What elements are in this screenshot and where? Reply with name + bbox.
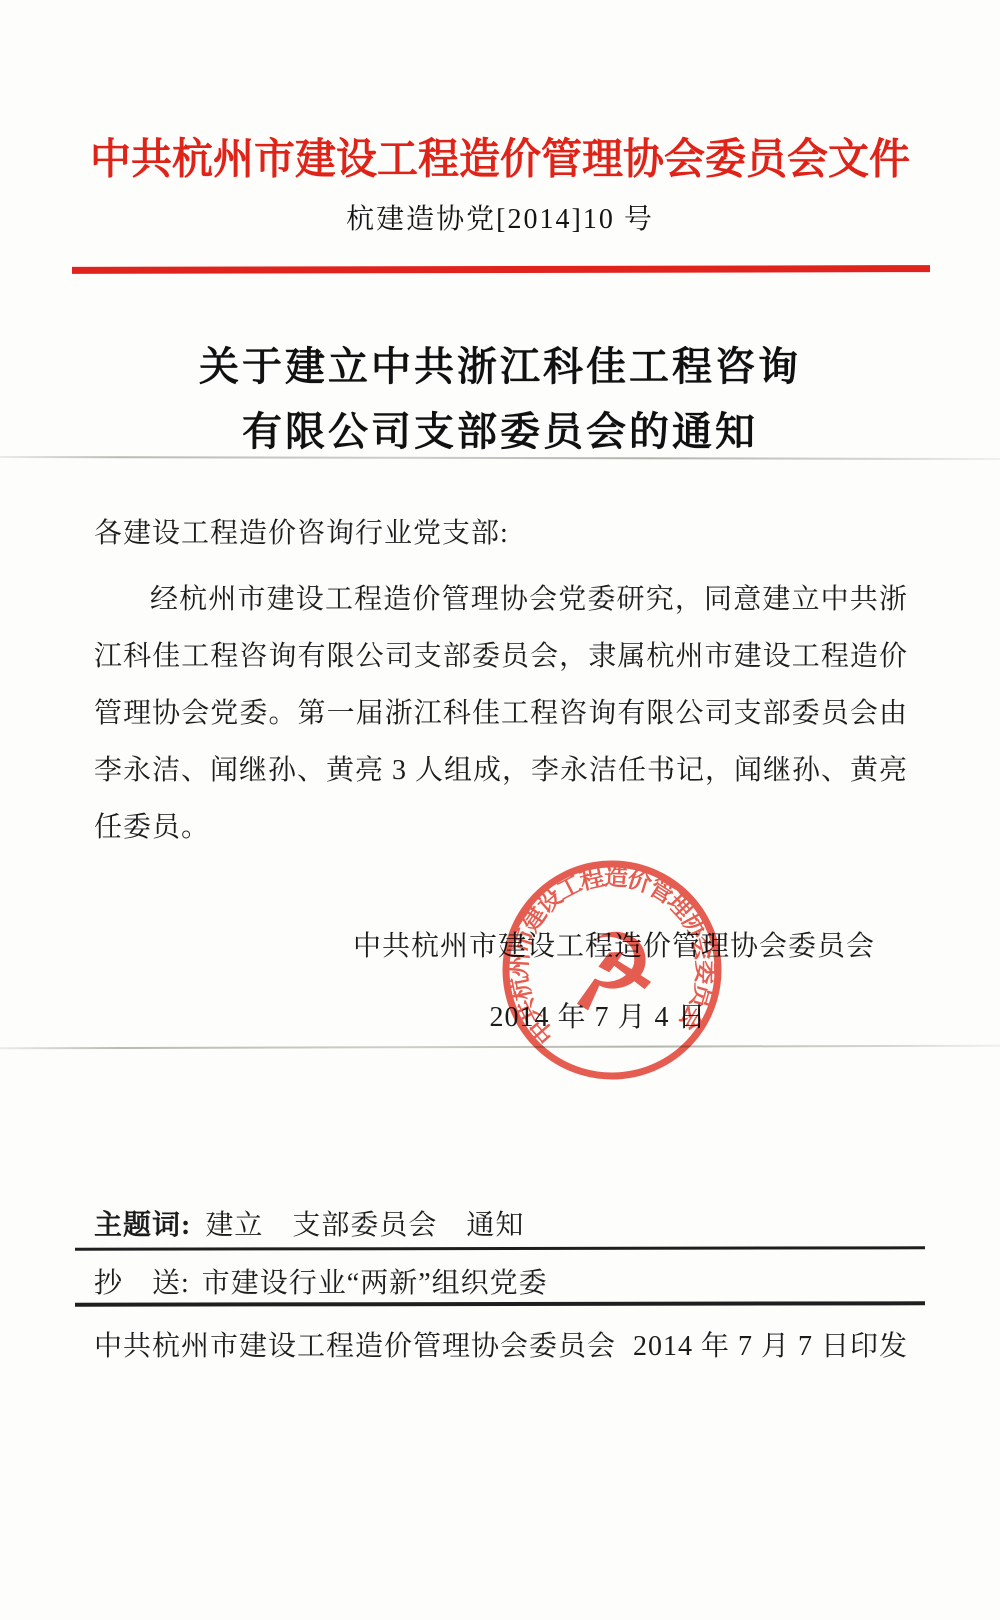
hammer-and-sickle-icon: ☭ bbox=[560, 907, 664, 1037]
subject-keywords-row: 主题词:建立 支部委员会 通知 bbox=[94, 1203, 908, 1243]
issue-row: 中共杭州市建设工程造价管理协会委员会 2014 年 7 月 7 日印发 bbox=[94, 1324, 908, 1364]
cc-value: 市建设行业“两新”组织党委 bbox=[202, 1268, 548, 1299]
document-title-line1: 关于建立中共浙江科佳工程咨询 bbox=[0, 334, 1000, 399]
scanned-official-document: 中共杭州市建设工程造价管理协会委员会文件 杭建造协党[2014]10 号 关于建… bbox=[0, 0, 1000, 1620]
cc-label: 抄 送: bbox=[94, 1268, 190, 1299]
cc-row: 抄 送:市建设行业“两新”组织党委 bbox=[94, 1261, 908, 1301]
official-seal: 中共杭州市建设工程造价管理协会委员会 ☭ bbox=[478, 836, 747, 1105]
colophon-divider-top bbox=[75, 1246, 925, 1250]
svg-text:程: 程 bbox=[577, 864, 606, 896]
red-separator-line bbox=[72, 265, 930, 274]
issuer-name: 中共杭州市建设工程造价管理协会委员会 bbox=[94, 1324, 616, 1364]
letterhead-title: 中共杭州市建设工程造价管理协会委员会文件 bbox=[0, 125, 1000, 186]
colophon-divider-bottom bbox=[75, 1301, 925, 1306]
document-title: 关于建立中共浙江科佳工程咨询 有限公司支部委员会的通知 bbox=[0, 334, 1000, 464]
salutation: 各建设工程造价咨询行业党支部: bbox=[94, 505, 908, 562]
subject-value: 建立 支部委员会 通知 bbox=[205, 1210, 524, 1241]
document-body: 各建设工程造价咨询行业党支部: 经杭州市建设工程造价管理协会党委研究，同意建立中… bbox=[94, 505, 908, 856]
body-paragraph: 经杭州市建设工程造价管理协会党委研究，同意建立中共浙江科佳工程咨询有限公司支部委… bbox=[94, 571, 908, 856]
subject-label: 主题词: bbox=[94, 1210, 191, 1241]
print-date: 2014 年 7 月 7 日印发 bbox=[633, 1324, 908, 1364]
document-number: 杭建造协党[2014]10 号 bbox=[0, 197, 1000, 237]
document-title-line2: 有限公司支部委员会的通知 bbox=[0, 399, 1000, 464]
